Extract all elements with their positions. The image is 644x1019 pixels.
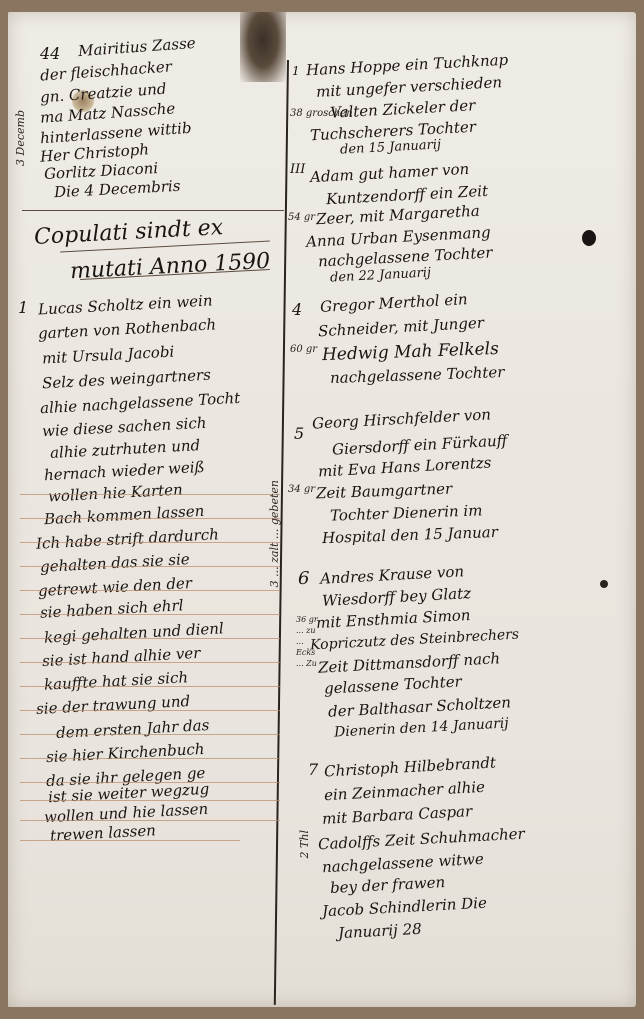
ruled-line: [20, 518, 280, 519]
ink-drop: [600, 580, 608, 588]
ruled-line: [20, 686, 280, 687]
ruled-line: [20, 542, 280, 543]
entry-number: 5: [294, 424, 304, 443]
ruled-line: [20, 566, 280, 567]
entry-number: 6: [298, 568, 309, 589]
entry-number: 44: [40, 44, 60, 63]
margin-note: 3 Decemb: [14, 110, 27, 166]
ruled-line: [20, 590, 280, 591]
entry-number: III: [290, 162, 305, 177]
ink-drop: [582, 230, 596, 246]
entry-number: 1: [292, 64, 300, 78]
fee-amount: 34 gr: [288, 484, 315, 495]
ruled-line: [20, 494, 280, 495]
entry-number: 4: [292, 300, 302, 319]
ruled-line: [20, 734, 280, 735]
fee-amount: 54 gr: [288, 212, 315, 223]
ruled-line: [20, 638, 280, 639]
section-rule: [22, 210, 284, 211]
entry-number: 7: [308, 760, 318, 779]
fee-amount: 2 Thl: [298, 830, 311, 858]
ruled-line: [20, 800, 280, 801]
ink-blot-stain: [240, 12, 286, 82]
ruled-line: [20, 614, 280, 615]
fee-amount: 60 gr: [290, 344, 317, 355]
entry-number: 1: [18, 298, 28, 317]
ruled-line: [20, 758, 280, 759]
ruled-line: [20, 840, 240, 841]
ruled-line: [20, 710, 280, 711]
ruled-line: [20, 662, 280, 663]
vertical-margin-note: 3 ... zalt ... gebeten: [268, 480, 281, 587]
